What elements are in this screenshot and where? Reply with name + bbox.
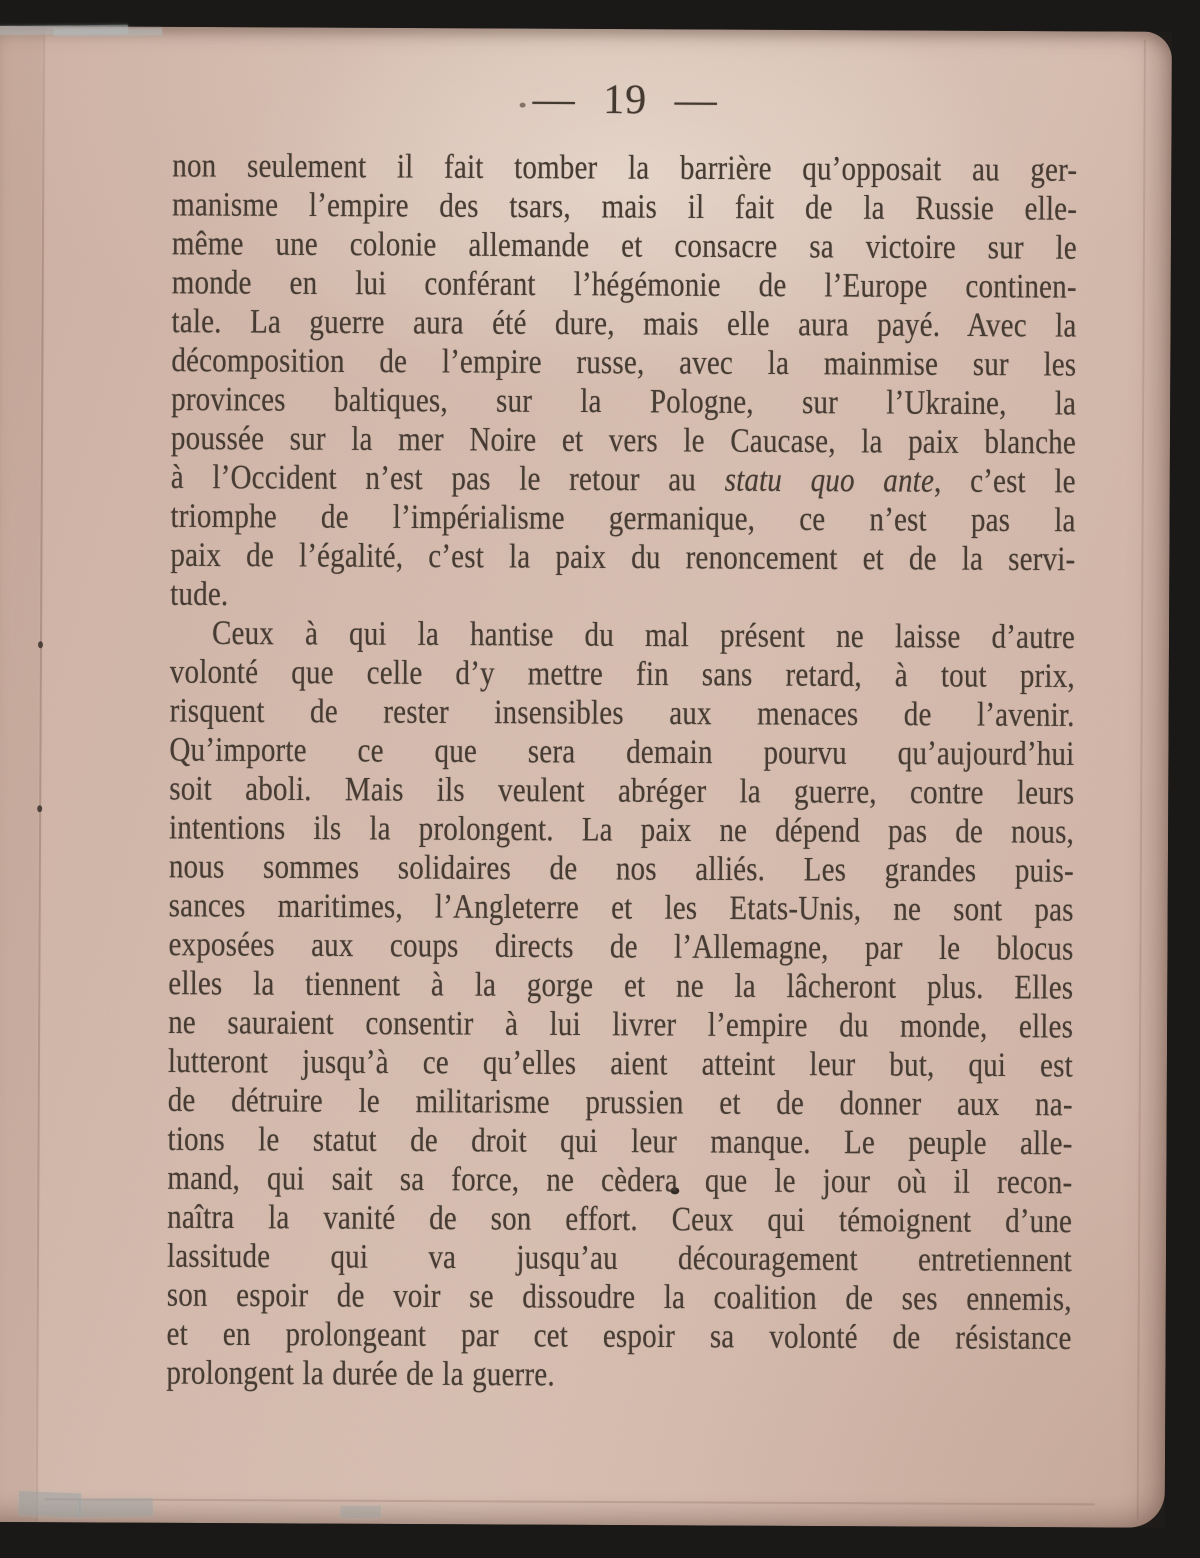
binding-stitch-dot [37,805,42,812]
text-line: lassitude qui va jusqu’au découragement … [167,1237,1072,1280]
text-line: elles la tiennent à la gorge et ne la lâ… [168,965,1073,1008]
binding-stitch-dot [38,641,43,648]
text-segment: à l’Occident n’est pas le retour au [171,458,725,498]
text-line: ne sauraient consentir à lui livrer l’em… [168,1004,1073,1047]
ink-dot [520,103,526,108]
text-line: tude. [170,575,1075,618]
text-line: poussée sur la mer Noire et vers le Cauc… [171,419,1076,462]
book-page-scan: — 19 — non seulement il fait tomber la b… [0,26,1172,1528]
text-line: monde en lui conférant l’hégémonie de l’… [172,264,1077,307]
text-line: et en prolongeant par cet espoir sa volo… [167,1315,1072,1358]
tape-mark [79,1498,153,1517]
text-line: exposées aux coups directs de l’Allemagn… [168,926,1073,969]
text-segment-italic: statu quo ante [725,461,935,500]
text-line: tale. La guerre aura été dure, mais elle… [171,303,1076,346]
text-line: soit aboli. Mais ils veulent abréger la … [169,770,1074,813]
text-line: volonté que celle d’y mettre fin sans re… [170,653,1075,696]
page-edge-crease [1137,40,1146,1520]
page-number-heading: — 19 — [533,77,718,124]
text-line: provinces baltiques, sur la Pologne, sur… [171,381,1076,424]
text-line: triomphe de l’impérialisme germanique, c… [171,497,1076,540]
text-line: de détruire le militarisme prussien et d… [168,1081,1073,1124]
text-line: manisme l’empire des tsars, mais il fait… [172,186,1077,229]
text-line: à l’Occident n’est pas le retour au stat… [171,458,1076,501]
text-line: non seulement il fait tomber la barrière… [172,147,1077,190]
text-segment: , c’est le [934,462,1076,500]
text-line: Ceux à qui la hantise du mal présent ne … [170,614,1075,657]
text-line: risquent de rester insensibles aux menac… [170,692,1075,735]
printed-text-block: — 19 — non seulement il fait tomber la b… [167,77,1077,1207]
text-line: décomposition de l’empire russe, avec la… [171,342,1076,385]
text-line: Qu’importe ce que sera demain pourvu qu’… [169,731,1074,774]
text-line: sances maritimes, l’Angleterre et les Et… [169,887,1074,930]
text-line: tions le statut de droit qui leur manque… [167,1120,1072,1163]
text-line: nous sommes solidaires de nos alliés. Le… [169,848,1074,891]
text-line: même une colonie allemande et consacre s… [172,225,1077,268]
page-header: — 19 — [173,77,1078,123]
text-line: mand, qui sait sa force, ne cèdera que l… [167,1159,1072,1202]
text-line: intentions ils la prolongent. La paix ne… [169,809,1074,852]
tape-mark [54,28,162,36]
text-line: paix de l’égalité, c’est la paix du reno… [170,536,1075,579]
bottom-edge-crease [45,1498,1095,1505]
text-line: prolongent la durée de la guerre. [166,1354,1071,1397]
text-line: naîtra la vanité de son effort. Ceux qui… [167,1198,1072,1241]
tape-mark [18,1491,81,1517]
body-text: non seulement il fait tomber la barrière… [166,147,1077,1397]
text-line: son espoir de voir se dissoudre la coali… [167,1276,1072,1319]
binding-fold-crease [36,26,45,1522]
tape-mark [341,1506,381,1518]
text-line: lutteront jusqu’à ce qu’elles aient atte… [168,1042,1073,1085]
